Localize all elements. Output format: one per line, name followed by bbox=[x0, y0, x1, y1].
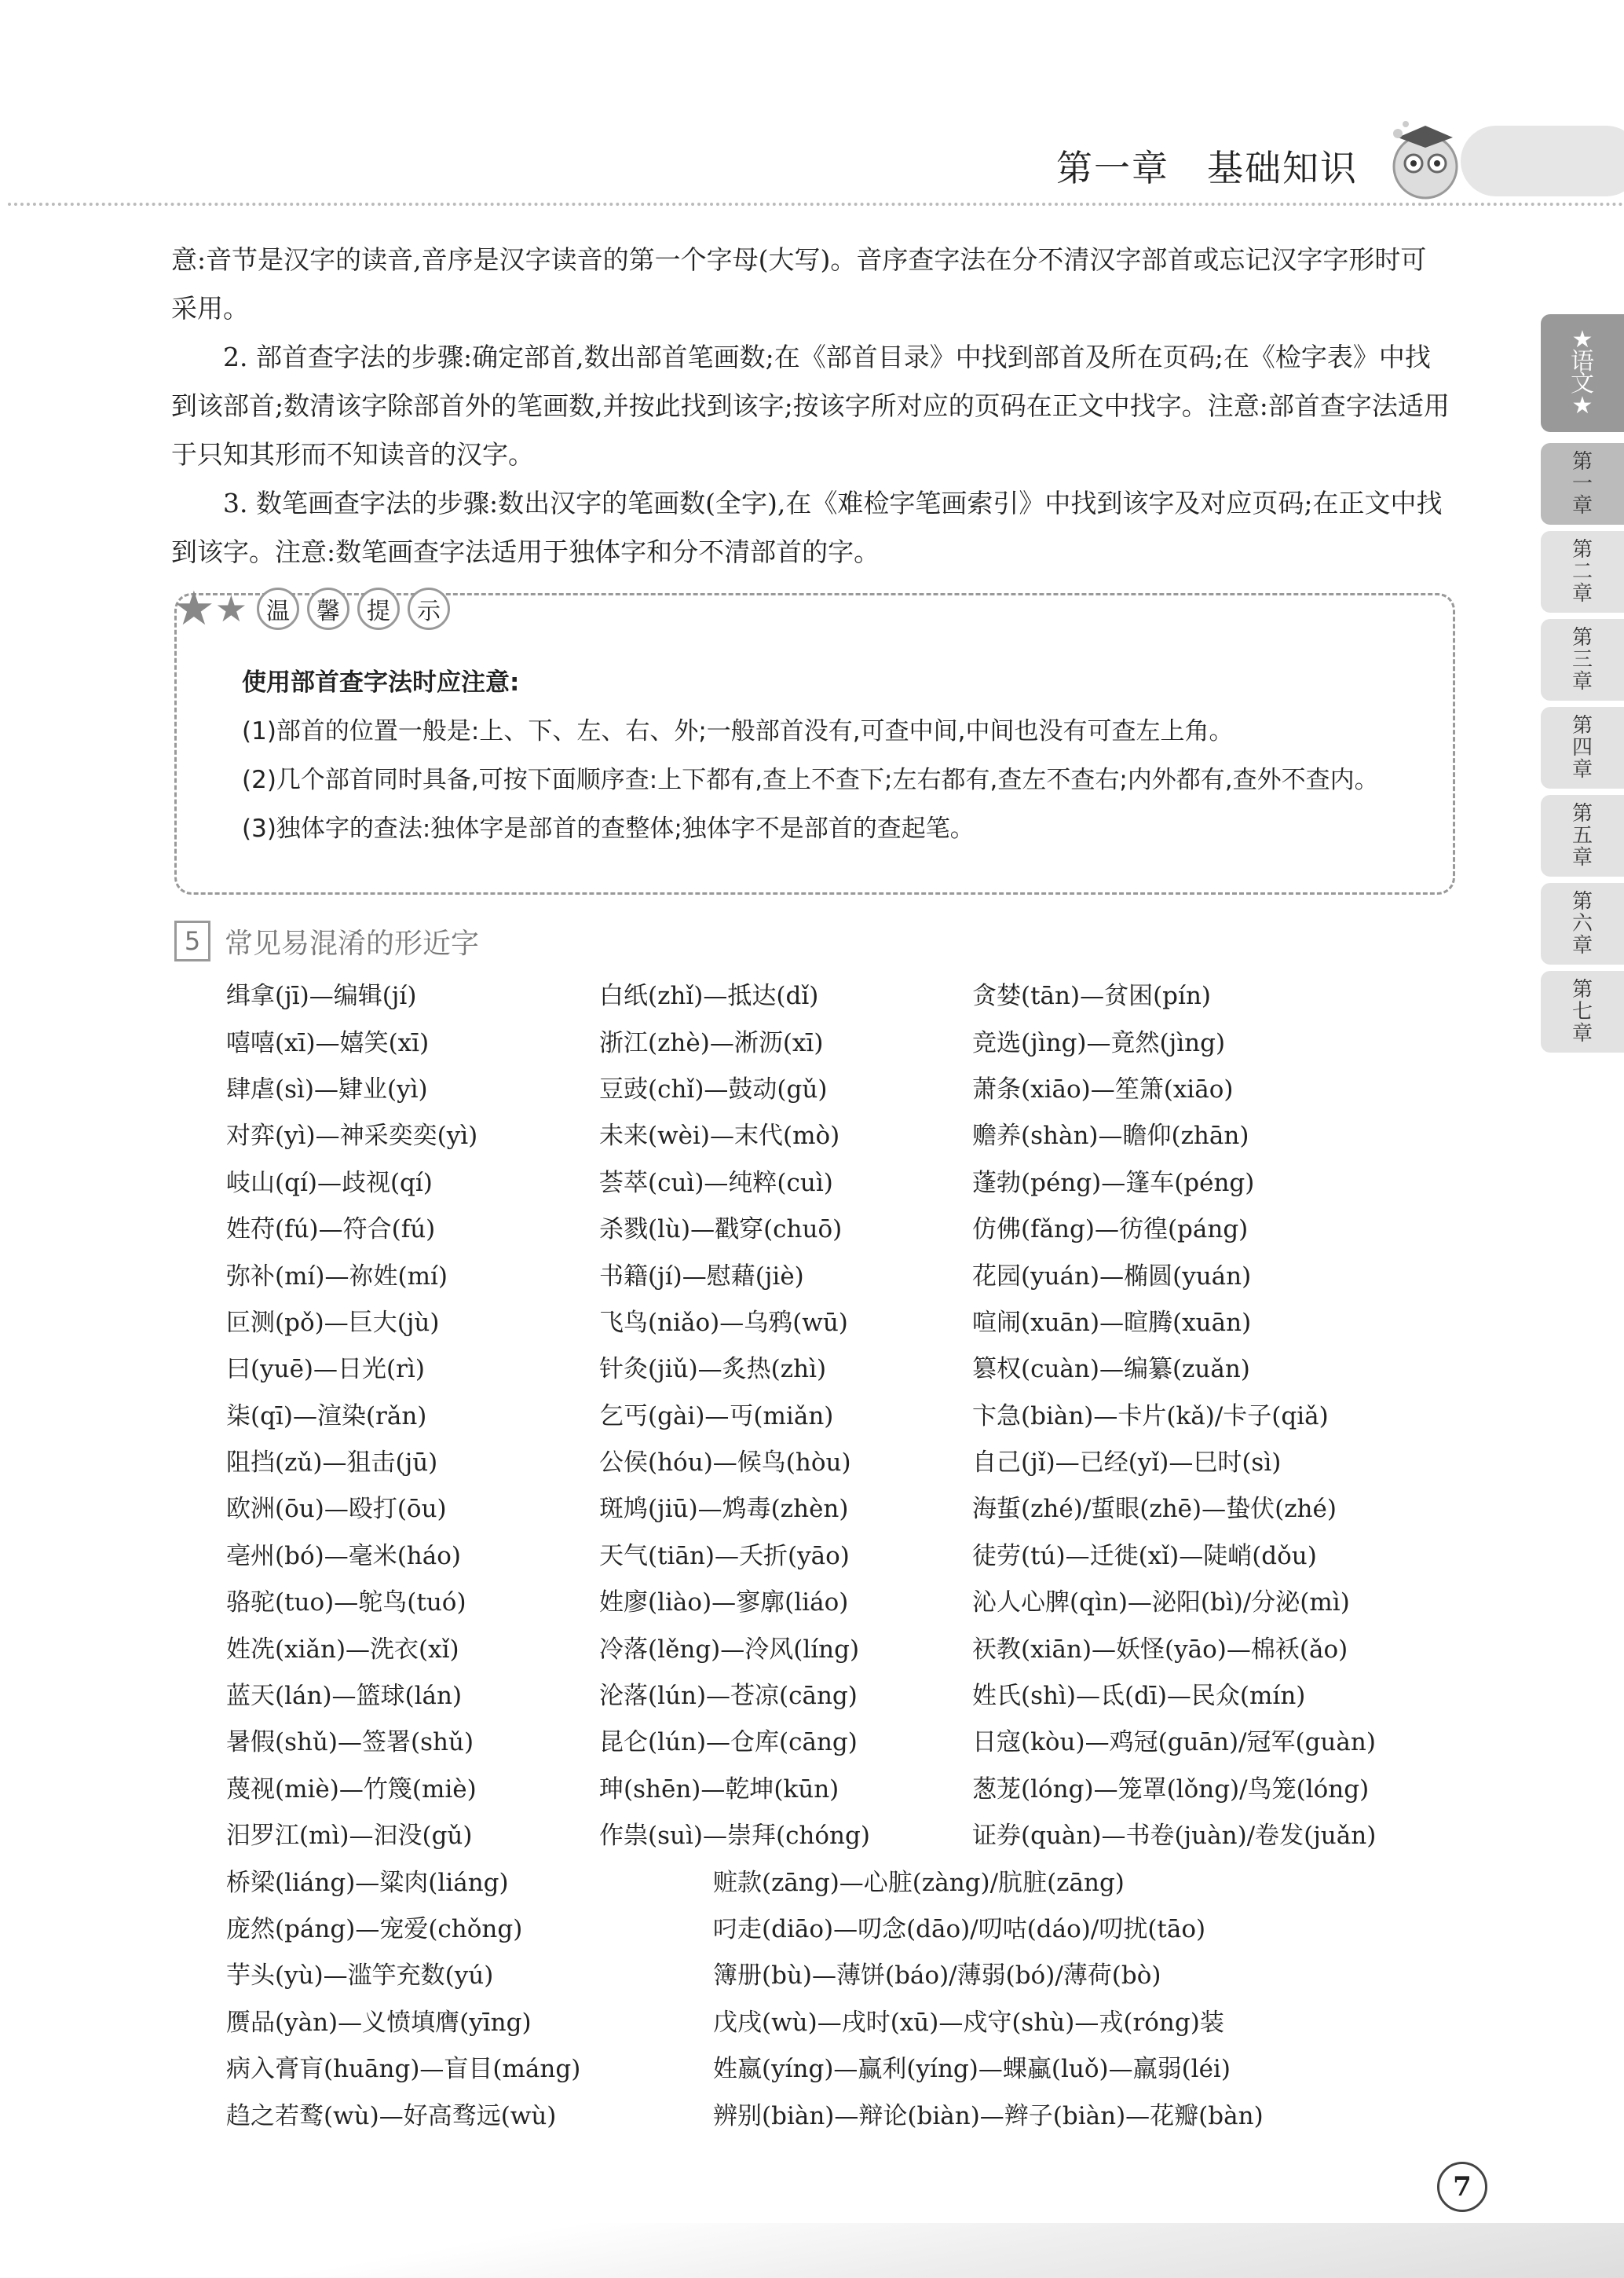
char-pair: 缉拿(jī)—编辑(jí) bbox=[226, 976, 599, 1011]
table-row: 阻挡(zǔ)—狙击(jū)公侯(hóu)—候鸟(hòu)自己(jǐ)—已经(yǐ… bbox=[226, 1437, 1451, 1483]
char-pair: 赃款(zāng)—心脏(zàng)/肮脏(zāng) bbox=[713, 1862, 1451, 1898]
char-pair: 叼走(diāo)—叨念(dāo)/叨咕(dáo)/叨扰(tāo) bbox=[713, 1909, 1451, 1944]
table-row: 岐山(qí)—歧视(qí)荟萃(cuì)—纯粹(cuì)蓬勃(péng)—篷车(… bbox=[226, 1157, 1451, 1203]
char-pair: 曰(yuē)—日光(rì) bbox=[226, 1349, 599, 1384]
char-pair: 飞鸟(niǎo)—乌鸦(wū) bbox=[599, 1302, 972, 1338]
intro-paragraph: 2. 部首查字法的步骤:确定部首,数出部首笔画数;在《部首目录》中找到部首及所在… bbox=[171, 333, 1451, 479]
char-pair: 珅(shēn)—乾坤(kūn) bbox=[599, 1769, 972, 1804]
char-pair: 姓冼(xiǎn)—洗衣(xǐ) bbox=[226, 1629, 599, 1665]
char-pair: 花园(yuán)—椭圆(yuán) bbox=[972, 1256, 1451, 1291]
char-pair: 喧闹(xuān)—暄腾(xuān) bbox=[972, 1302, 1451, 1338]
char-pair: 芋头(yù)—滥竽充数(yú) bbox=[226, 1955, 713, 1991]
table-row: 肆虐(sì)—肄业(yì)豆豉(chǐ)—鼓动(gǔ)萧条(xiāo)—笙箫(x… bbox=[226, 1064, 1451, 1110]
tip-label: 温 馨 提 示 bbox=[257, 588, 450, 630]
char-pair: 岐山(qí)—歧视(qí) bbox=[226, 1163, 599, 1198]
char-pair: 豆豉(chǐ)—鼓动(gǔ) bbox=[599, 1069, 972, 1104]
char-pair: 戊戌(wù)—戌时(xū)—戍守(shù)—戎(róng)装 bbox=[713, 2002, 1451, 2038]
intro-text: 意:音节是汉字的读音,音序是汉字读音的第一个字母(大写)。音序查字法在分不清汉字… bbox=[171, 236, 1451, 577]
table-row: 庞然(páng)—宠爱(chǒng)叼走(diāo)—叨念(dāo)/叨咕(dá… bbox=[226, 1903, 1451, 1950]
char-pair: 祆教(xiān)—妖怪(yāo)—棉袄(ǎo) bbox=[972, 1629, 1451, 1665]
char-pair: 日寇(kòu)—鸡冠(guān)/冠军(guàn) bbox=[972, 1722, 1451, 1757]
tip-label-char: 示 bbox=[408, 588, 450, 630]
table-row: 趋之若鹜(wù)—好高骛远(wù)辨别(biàn)—辩论(biàn)—辫子(bi… bbox=[226, 2089, 1451, 2136]
table-row: 病入膏肓(huāng)—盲目(máng)姓嬴(yíng)—赢利(yíng)—蜾蠃… bbox=[226, 2043, 1451, 2089]
page-header: 第一章 基础知识 bbox=[0, 0, 1624, 204]
char-pair: 杀戮(lù)—戳穿(chuō) bbox=[599, 1209, 972, 1244]
tip-item: (3)独体字的查法:独体字是部首的查整体;独体字不是部首的查起笔。 bbox=[187, 804, 1443, 853]
char-pair: 嘻嘻(xī)—嬉笑(xī) bbox=[226, 1023, 599, 1058]
footer-decoration bbox=[0, 2223, 1624, 2278]
char-pair: 仿佛(fǎng)—彷徨(páng) bbox=[972, 1209, 1451, 1244]
char-pair: 昆仑(lún)—仓库(cāng) bbox=[599, 1722, 972, 1757]
chapter-title: 第一章 基础知识 bbox=[1056, 140, 1358, 192]
table-row: 对弈(yì)—神采奕奕(yì)未来(wèi)—末代(mò)赡养(shàn)—瞻仰… bbox=[226, 1110, 1451, 1156]
char-pair: 书籍(jí)—慰藉(jiè) bbox=[599, 1256, 972, 1291]
table-row: 姓苻(fú)—符合(fú)杀戮(lù)—戳穿(chuō)仿佛(fǎng)—彷徨(… bbox=[226, 1203, 1451, 1250]
char-pair: 欧洲(ōu)—殴打(ōu) bbox=[226, 1489, 599, 1524]
table-row: 桥梁(liáng)—粱肉(liáng)赃款(zāng)—心脏(zàng)/肮脏(… bbox=[226, 1856, 1451, 1903]
char-pair: 姓嬴(yíng)—赢利(yíng)—蜾蠃(luǒ)—羸弱(léi) bbox=[713, 2049, 1451, 2084]
tip-label-char: 提 bbox=[357, 588, 400, 630]
intro-paragraph: 3. 数笔画查字法的步骤:数出汉字的笔画数(全字),在《难检字笔画索引》中找到该… bbox=[171, 479, 1451, 577]
char-pair: 柒(qī)—渲染(rǎn) bbox=[226, 1396, 599, 1431]
char-pair: 卞急(biàn)—卡片(kǎ)/卡子(qiǎ) bbox=[972, 1396, 1451, 1431]
char-pair: 姓苻(fú)—符合(fú) bbox=[226, 1209, 599, 1244]
tip-label-char: 馨 bbox=[307, 588, 349, 630]
tip-item: (1)部首的位置一般是:上、下、左、右、外;一般部首没有,可查中间,中间也没有可… bbox=[187, 707, 1443, 756]
chapter-tab-1[interactable]: 第一章 bbox=[1541, 443, 1624, 525]
char-pair: 病入膏肓(huāng)—盲目(máng) bbox=[226, 2049, 713, 2084]
table-row: 弥补(mí)—祢姓(mí)书籍(jí)—慰藉(jiè)花园(yuán)—椭圆(y… bbox=[226, 1250, 1451, 1296]
char-pair: 徒劳(tú)—迁徙(xǐ)—陡峭(dǒu) bbox=[972, 1536, 1451, 1571]
char-pair: 冷落(lěng)—泠风(líng) bbox=[599, 1629, 972, 1665]
char-pair: 蓝天(lán)—篮球(lán) bbox=[226, 1676, 599, 1711]
table-row: 汨罗江(mì)—汩没(gǔ)作祟(suì)—崇拜(chóng)证券(quàn)—… bbox=[226, 1810, 1451, 1856]
char-pair: 未来(wèi)—末代(mò) bbox=[599, 1115, 972, 1151]
section-heading: 5 常见易混淆的形近字 bbox=[174, 921, 479, 961]
table-row: 蓝天(lán)—篮球(lán)沦落(lún)—苍凉(cāng)姓氏(shì)—氐… bbox=[226, 1670, 1451, 1716]
char-pair: 蔑视(miè)—竹篾(miè) bbox=[226, 1769, 599, 1804]
char-pair: 桥梁(liáng)—粱肉(liáng) bbox=[226, 1862, 713, 1898]
table-row: 蔑视(miè)—竹篾(miè)珅(shēn)—乾坤(kūn)葱茏(lóng)—笼… bbox=[226, 1763, 1451, 1810]
char-pair: 骆驼(tuo)—鸵鸟(tuó) bbox=[226, 1582, 599, 1617]
chapter-tab-6[interactable]: 第六章 bbox=[1541, 883, 1624, 965]
table-row: 缉拿(jī)—编辑(jí)白纸(zhǐ)—抵达(dǐ)贪婪(tān)—贫困(pí… bbox=[226, 970, 1451, 1016]
char-pair: 公侯(hóu)—候鸟(hòu) bbox=[599, 1442, 972, 1478]
table-row: 骆驼(tuo)—鸵鸟(tuó)姓廖(liào)—寥廓(liáo)沁人心脾(qìn… bbox=[226, 1577, 1451, 1623]
tip-content: 使用部首查字法时应注意: (1)部首的位置一般是:上、下、左、右、外;一般部首没… bbox=[187, 658, 1443, 853]
star-icon: ★ bbox=[215, 585, 247, 632]
char-pair: 斑鸠(jiū)—鸩毒(zhèn) bbox=[599, 1489, 972, 1524]
chapter-tab-2[interactable]: 第二章 bbox=[1541, 531, 1624, 613]
char-pair: 赝品(yàn)—义愤填膺(yīng) bbox=[226, 2002, 713, 2038]
table-row: 暑假(shǔ)—签署(shǔ)昆仑(lún)—仓库(cāng)日寇(kòu)—鸡… bbox=[226, 1716, 1451, 1763]
char-pair: 竞选(jìng)—竟然(jìng) bbox=[972, 1023, 1451, 1058]
chapter-tab-5[interactable]: 第五章 bbox=[1541, 795, 1624, 877]
char-pair: 荟萃(cuì)—纯粹(cuì) bbox=[599, 1163, 972, 1198]
star-icon: ★ bbox=[173, 585, 215, 632]
char-pair: 弥补(mí)—祢姓(mí) bbox=[226, 1256, 599, 1291]
char-pair: 阻挡(zǔ)—狙击(jū) bbox=[226, 1442, 599, 1478]
char-pair: 篡权(cuàn)—编纂(zuǎn) bbox=[972, 1349, 1451, 1384]
char-pair: 辨别(biàn)—辩论(biàn)—辫子(biàn)—花瓣(bàn) bbox=[713, 2096, 1451, 2131]
page-number: 7 bbox=[1437, 2162, 1487, 2212]
subject-tab[interactable]: ★ 语 文 ★ bbox=[1541, 314, 1624, 432]
char-pair: 簿册(bù)—薄饼(báo)/薄弱(bó)/薄荷(bò) bbox=[713, 1955, 1451, 1991]
char-pair: 针灸(jiǔ)—炙热(zhì) bbox=[599, 1349, 972, 1384]
tip-item: (2)几个部首同时具备,可按下面顺序查:上下都有,查上不查下;左右都有,查左不查… bbox=[187, 756, 1443, 804]
char-pair: 姓氏(shì)—氐(dī)—民众(mín) bbox=[972, 1676, 1451, 1711]
char-pair: 浙江(zhè)—淅沥(xī) bbox=[599, 1023, 972, 1058]
table-row: 姓冼(xiǎn)—洗衣(xǐ)冷落(lěng)—泠风(líng)祆教(xiān)… bbox=[226, 1623, 1451, 1669]
char-pair: 沁人心脾(qìn)—泌阳(bì)/分泌(mì) bbox=[972, 1582, 1451, 1617]
char-pair: 赡养(shàn)—瞻仰(zhān) bbox=[972, 1115, 1451, 1151]
char-pair: 亳州(bó)—毫米(háo) bbox=[226, 1536, 599, 1571]
chapter-tab-3[interactable]: 第三章 bbox=[1541, 619, 1624, 701]
char-pair: 汨罗江(mì)—汩没(gǔ) bbox=[226, 1815, 599, 1851]
char-pair: 暑假(shǔ)—签署(shǔ) bbox=[226, 1722, 599, 1757]
char-pair: 庞然(páng)—宠爱(chǒng) bbox=[226, 1909, 713, 1944]
chapter-sidebar: ★ 语 文 ★ 第一章第二章第三章第四章第五章第六章第七章 bbox=[1530, 314, 1624, 1059]
char-pair: 海蜇(zhé)/蜇眼(zhē)—蛰伏(zhé) bbox=[972, 1489, 1451, 1524]
table-row: 欧洲(ōu)—殴打(ōu)斑鸠(jiū)—鸩毒(zhèn)海蜇(zhé)/蜇眼(… bbox=[226, 1483, 1451, 1529]
char-pair: 肆虐(sì)—肄业(yì) bbox=[226, 1069, 599, 1104]
char-pair: 作祟(suì)—崇拜(chóng) bbox=[599, 1815, 972, 1851]
table-row: 亳州(bó)—毫米(háo)天气(tiān)—夭折(yāo)徒劳(tú)—迁徙(… bbox=[226, 1530, 1451, 1577]
char-pair: 葱茏(lóng)—笼罩(lǒng)/鸟笼(lóng) bbox=[972, 1769, 1451, 1804]
char-pair: 对弈(yì)—神采奕奕(yì) bbox=[226, 1115, 599, 1151]
tip-title: 使用部首查字法时应注意: bbox=[242, 658, 1443, 707]
table-row: 曰(yuē)—日光(rì)针灸(jiǔ)—炙热(zhì)篡权(cuàn)—编纂(… bbox=[226, 1343, 1451, 1390]
section-title: 常见易混淆的形近字 bbox=[225, 921, 479, 961]
chapter-tab-4[interactable]: 第四章 bbox=[1541, 707, 1624, 789]
char-pair: 乞丐(gài)—丏(miǎn) bbox=[599, 1396, 972, 1431]
header-divider bbox=[8, 203, 1624, 206]
header-decoration bbox=[1461, 126, 1624, 196]
character-pairs-list: 缉拿(jī)—编辑(jí)白纸(zhǐ)—抵达(dǐ)贪婪(tān)—贫困(pí… bbox=[226, 970, 1451, 2137]
char-pair: 贪婪(tān)—贫困(pín) bbox=[972, 976, 1451, 1011]
table-row: 赝品(yàn)—义愤填膺(yīng)戊戌(wù)—戌时(xū)—戍守(shù)—… bbox=[226, 1997, 1451, 2043]
section-number: 5 bbox=[174, 921, 210, 961]
char-pair: 自己(jǐ)—已经(yǐ)—巳时(sì) bbox=[972, 1442, 1451, 1478]
table-row: 叵测(pǒ)—巨大(jù)飞鸟(niǎo)—乌鸦(wū)喧闹(xuān)—暄腾(… bbox=[226, 1297, 1451, 1343]
char-pair: 白纸(zhǐ)—抵达(dǐ) bbox=[599, 976, 972, 1011]
tip-label-char: 温 bbox=[257, 588, 299, 630]
char-pair: 蓬勃(péng)—篷车(péng) bbox=[972, 1163, 1451, 1198]
char-pair: 萧条(xiāo)—笙箫(xiāo) bbox=[972, 1069, 1451, 1104]
char-pair: 证券(quàn)—书卷(juàn)/卷发(juǎn) bbox=[972, 1815, 1451, 1851]
tip-header: ★ ★ 温 馨 提 示 bbox=[173, 577, 450, 640]
table-row: 柒(qī)—渲染(rǎn)乞丐(gài)—丏(miǎn)卞急(biàn)—卡片(… bbox=[226, 1390, 1451, 1437]
char-pair: 姓廖(liào)—寥廓(liáo) bbox=[599, 1582, 972, 1617]
char-pair: 叵测(pǒ)—巨大(jù) bbox=[226, 1302, 599, 1338]
char-pair: 趋之若鹜(wù)—好高骛远(wù) bbox=[226, 2096, 713, 2131]
char-pair: 沦落(lún)—苍凉(cāng) bbox=[599, 1676, 972, 1711]
table-row: 芋头(yù)—滥竽充数(yú)簿册(bù)—薄饼(báo)/薄弱(bó)/薄荷(… bbox=[226, 1950, 1451, 1996]
intro-paragraph: 意:音节是汉字的读音,音序是汉字读音的第一个字母(大写)。音序查字法在分不清汉字… bbox=[171, 236, 1451, 333]
table-row: 嘻嘻(xī)—嬉笑(xī)浙江(zhè)—淅沥(xī)竞选(jìng)—竟然(j… bbox=[226, 1016, 1451, 1063]
chapter-tab-7[interactable]: 第七章 bbox=[1541, 971, 1624, 1053]
owl-mascot-icon bbox=[1382, 118, 1469, 204]
char-pair: 天气(tiān)—夭折(yāo) bbox=[599, 1536, 972, 1571]
